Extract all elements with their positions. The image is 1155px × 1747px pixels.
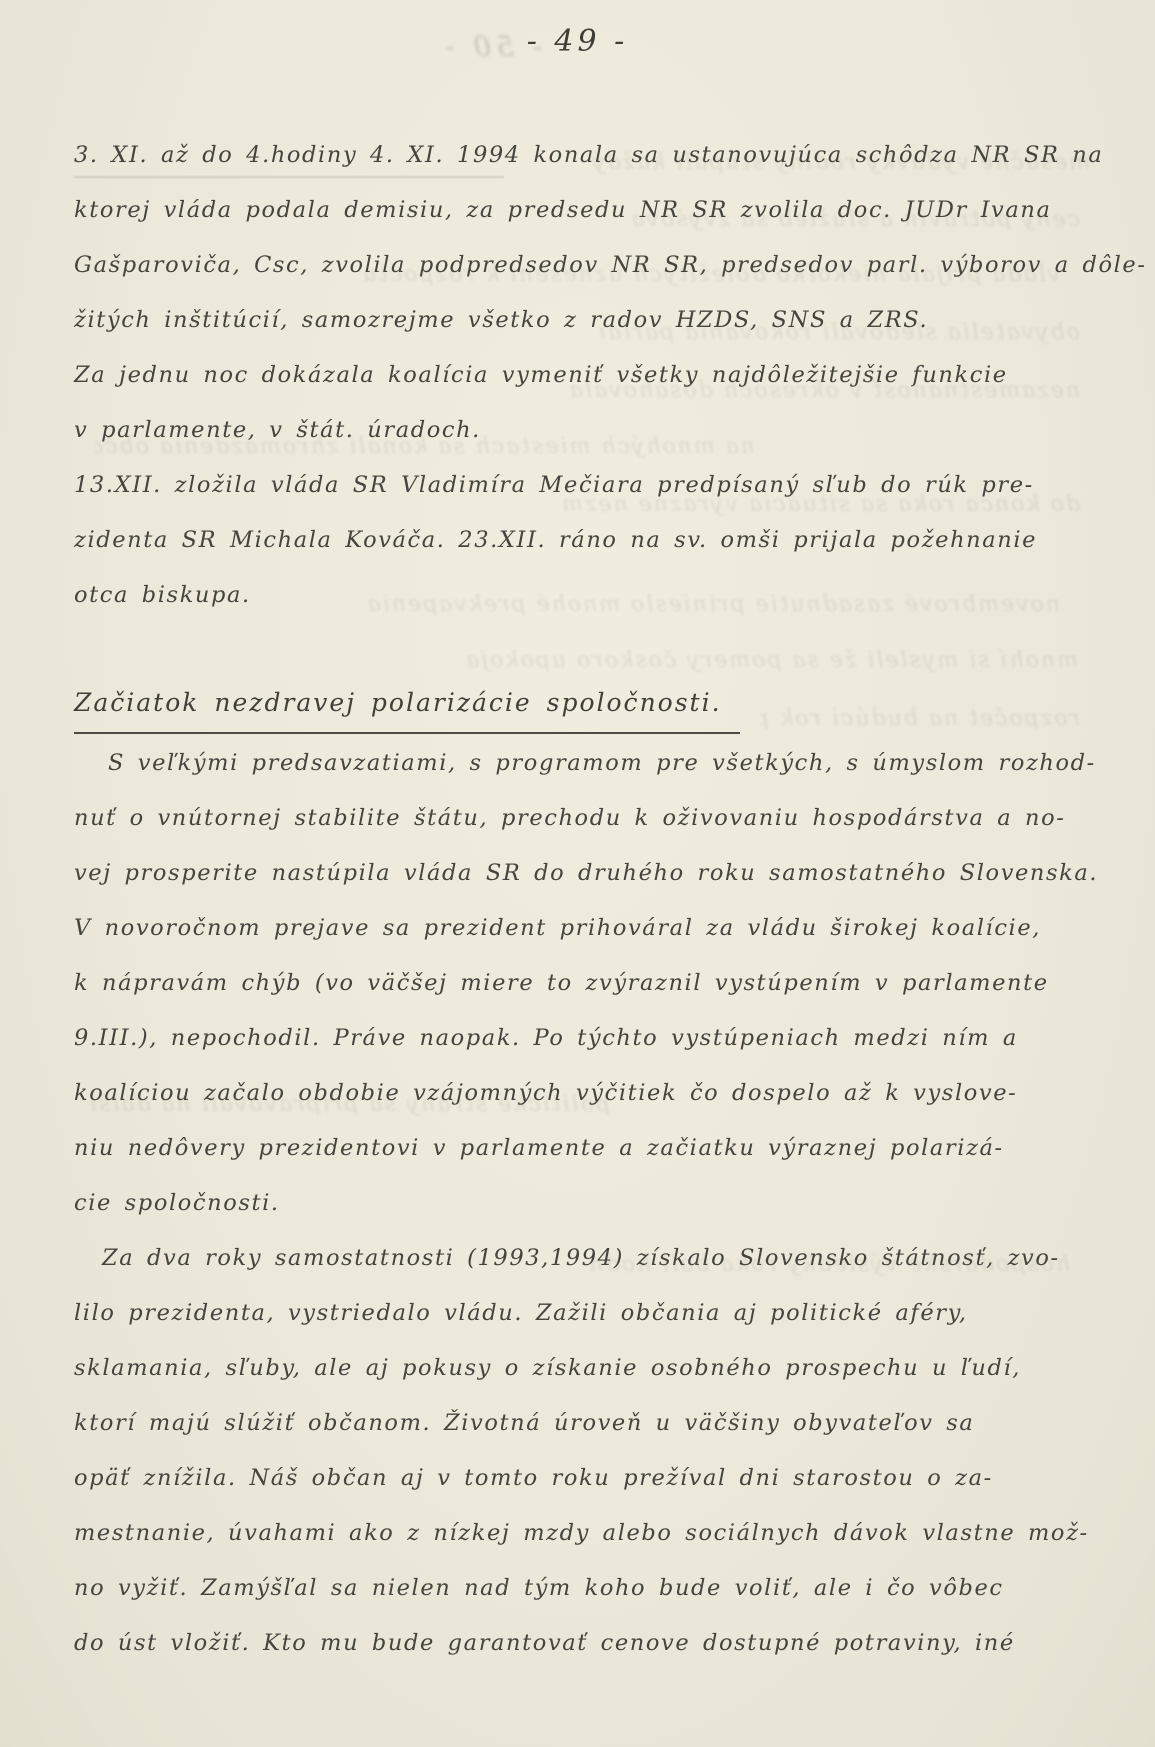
handwritten-line: nuť o vnútornej stabilite štátu, prechod… (74, 791, 1086, 846)
handwritten-line: cie spoločnosti. (74, 1176, 1086, 1231)
handwritten-line: niu nedôvery prezidentovi v parlamente a… (74, 1121, 1086, 1176)
handwritten-line: sklamania, sľuby, ale aj pokusy o získan… (74, 1341, 1086, 1396)
handwritten-line: mestnanie, úvahami ako z nízkej mzdy ale… (74, 1506, 1086, 1561)
handwritten-line: koalíciou začalo obdobie vzájomných výči… (74, 1066, 1086, 1121)
handwritten-line: opäť znížila. Náš občan aj v tomto roku … (74, 1451, 1086, 1506)
handwritten-line: k nápravám chýb (vo väčšej miere to zvýr… (74, 956, 1086, 1011)
scanned-manuscript-page: mesačné výdavky rodiny stúpali každý mes… (0, 0, 1155, 1747)
handwritten-line: 3. XI. až do 4.hodiny 4. XI. 1994 konala… (74, 128, 1086, 183)
handwritten-line: 13.XII. zložila vláda SR Vladimíra Mečia… (74, 458, 1086, 513)
paragraph-chronicle-entries: 3. XI. až do 4.hodiny 4. XI. 1994 konala… (74, 128, 1086, 623)
handwritten-line: otca biskupa. (74, 568, 1086, 623)
handwritten-line: Za dva roky samostatnosti (1993,1994) zí… (74, 1231, 1086, 1286)
handwritten-line: Gašparoviča, Csc, zvolila podpredsedov N… (74, 238, 1086, 293)
manuscript-body: 3. XI. až do 4.hodiny 4. XI. 1994 konala… (74, 128, 1086, 1671)
handwritten-line: do úst vložiť. Kto mu bude garantovať ce… (74, 1616, 1086, 1671)
handwritten-line: V novoročnom prejave sa prezident prihov… (74, 901, 1086, 956)
section-heading-row: Začiatok nezdravej polarizácie spoločnos… (74, 678, 1086, 736)
handwritten-line: zidenta SR Michala Kováča. 23.XII. ráno … (74, 513, 1086, 568)
handwritten-line: ktorí majú slúžiť občanom. Životná úrove… (74, 1396, 1086, 1451)
handwritten-line: no vyžiť. Zamýšľal sa nielen nad tým koh… (74, 1561, 1086, 1616)
handwritten-line: žitých inštitúcií, samozrejme všetko z r… (74, 293, 1086, 348)
page-number: - 49 - (527, 24, 629, 59)
paragraph-government-start: S veľkými predsavzatiami, s programom pr… (74, 736, 1086, 1231)
page-header: - 49 - (0, 24, 1155, 59)
paragraph-two-years-summary: Za dva roky samostatnosti (1993,1994) zí… (74, 1231, 1086, 1671)
handwritten-line: lilo prezidenta, vystriedalo vládu. Zaži… (74, 1286, 1086, 1341)
handwritten-line: v parlamente, v štát. úradoch. (74, 403, 1086, 458)
handwritten-line: vej prosperite nastúpila vláda SR do dru… (74, 846, 1086, 901)
handwritten-line: ktorej vláda podala demisiu, za predsedu… (74, 183, 1086, 238)
handwritten-line: 9.III.), nepochodil. Práve naopak. Po tý… (74, 1011, 1086, 1066)
handwritten-line: S veľkými predsavzatiami, s programom pr… (74, 736, 1086, 791)
section-heading: Začiatok nezdravej polarizácie spoločnos… (74, 678, 740, 734)
handwritten-line: Za jednu noc dokázala koalícia vymeniť v… (74, 348, 1086, 403)
